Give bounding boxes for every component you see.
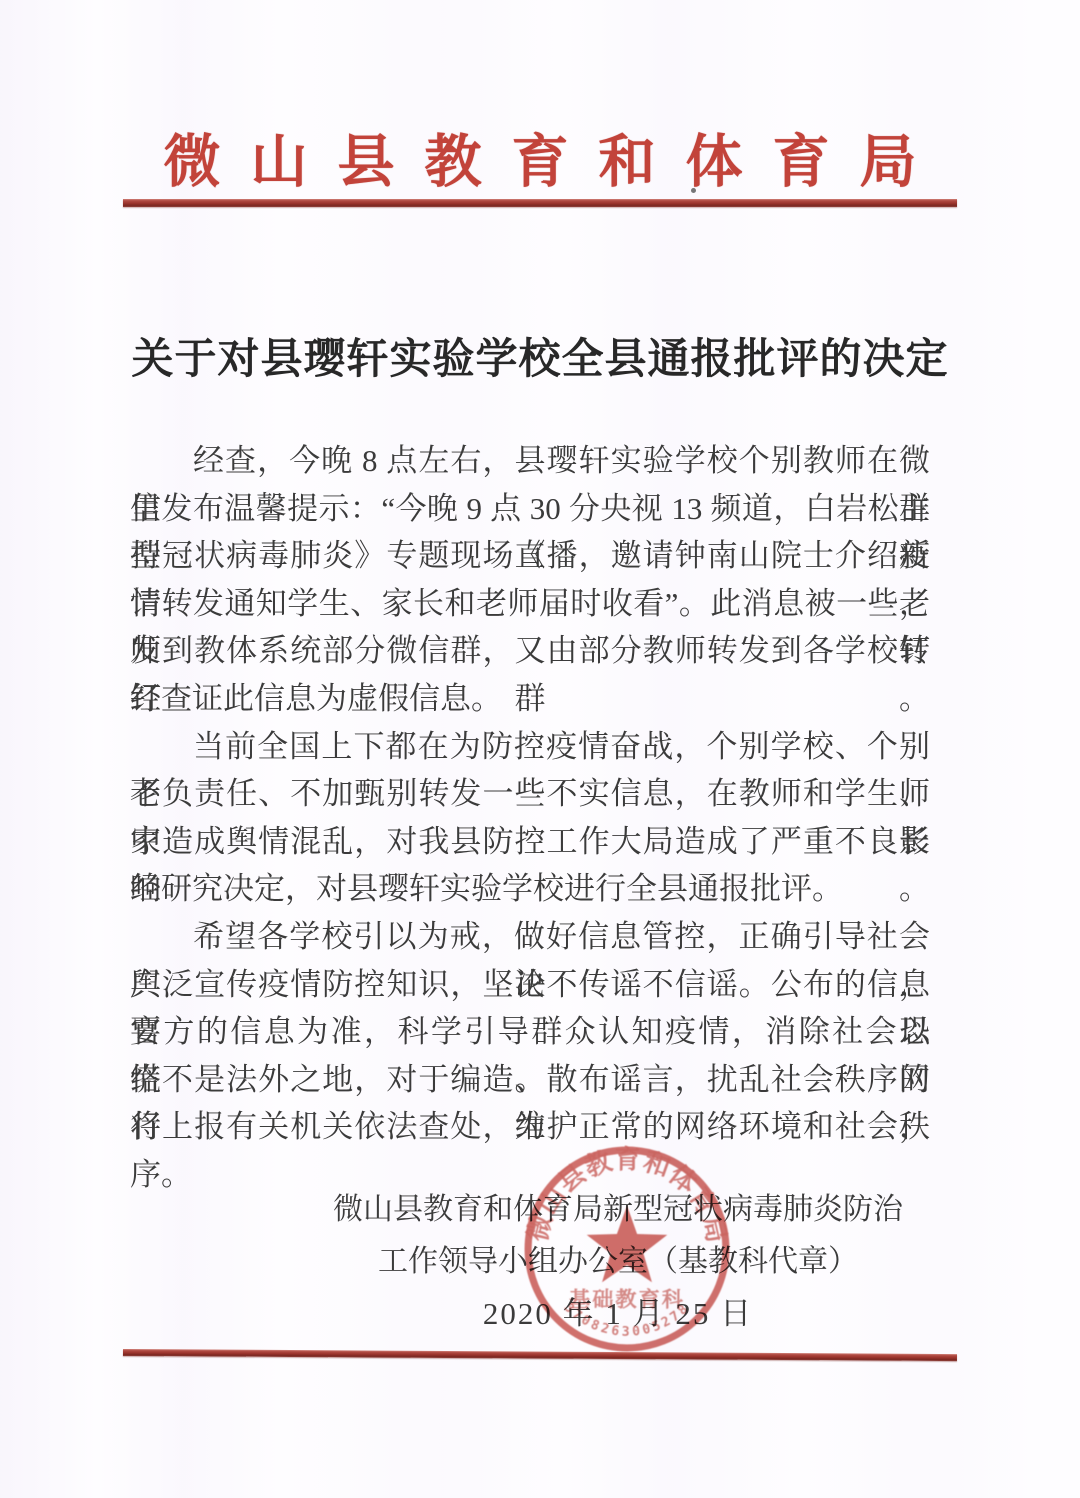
body-line: 当前全国上下都在为防控疫情奋战，个别学校、个别老师 (130, 723, 930, 771)
body-line: 广泛宣传疫情防控知识，坚决不传谣不信谣。公布的信息要以 (130, 961, 930, 1009)
body-line: 经研究决定，对县璎轩实验学校进行全县通报批评。 (130, 865, 930, 913)
body-line: 官方的信息为准，科学引导群众认知疫情，消除社会恐慌。网 (130, 1008, 930, 1056)
seal-star-icon (587, 1206, 668, 1283)
document-title: 关于对县璎轩实验学校全县通报批评的决定 (0, 326, 1080, 386)
body-line: 希望各学校引以为戒，做好信息管控，正确引导社会舆论， (130, 913, 930, 961)
body-line: 型冠状病毒肺炎》专题现场直播，邀请钟南山院士介绍疫情， (130, 532, 930, 580)
body-line: 发到教体系统部分微信群，又由部分教师转发到各学校钉钉群。 (130, 627, 930, 675)
paragraph: 当前全国上下都在为防控疫情奋战，个别学校、个别老师 不负责任、不加甄别转发一些不… (130, 723, 930, 913)
letterhead-rule (123, 199, 957, 207)
body-line: 经查，今晚 8 点左右，县璎轩实验学校个别教师在微信群 (130, 437, 930, 485)
document-body: 经查，今晚 8 点左右，县璎轩实验学校个别教师在微信群 里发布温馨提示：“今晚 … (130, 437, 930, 1151)
seal-center-text: 基础教育科 (569, 1287, 685, 1312)
scan-speck (691, 188, 696, 193)
footer-rule (123, 1349, 957, 1361)
agency-name: 微山县教育和体育局 (0, 116, 1080, 198)
body-line: 里发布温馨提示：“今晚 9 点 30 分央视 13 频道，白岩松主持《新 (130, 485, 930, 533)
body-line: 不负责任、不加甄别转发一些不实信息，在教师和学生、家长 (130, 770, 930, 818)
body-line: 请转发通知学生、家长和老师届时收看”。此消息被一些老师转 (130, 580, 930, 628)
paragraph: 经查，今晚 8 点左右，县璎轩实验学校个别教师在微信群 里发布温馨提示：“今晚 … (130, 437, 930, 723)
body-line: 络不是法外之地，对于编造、散布谣言，扰乱社会秩序的行为， (130, 1056, 930, 1104)
body-line: 中造成舆情混乱，对我县防控工作大局造成了严重不良影响。 (130, 818, 930, 866)
official-seal: 微山县教育和体育局 基础教育科 3708263005278 (519, 1141, 735, 1357)
paragraph: 希望各学校引以为戒，做好信息管控，正确引导社会舆论， 广泛宣传疫情防控知识，坚决… (130, 913, 930, 1151)
page: { "document": { "agency": "微山县教育和体育局", "… (0, 0, 1080, 1498)
